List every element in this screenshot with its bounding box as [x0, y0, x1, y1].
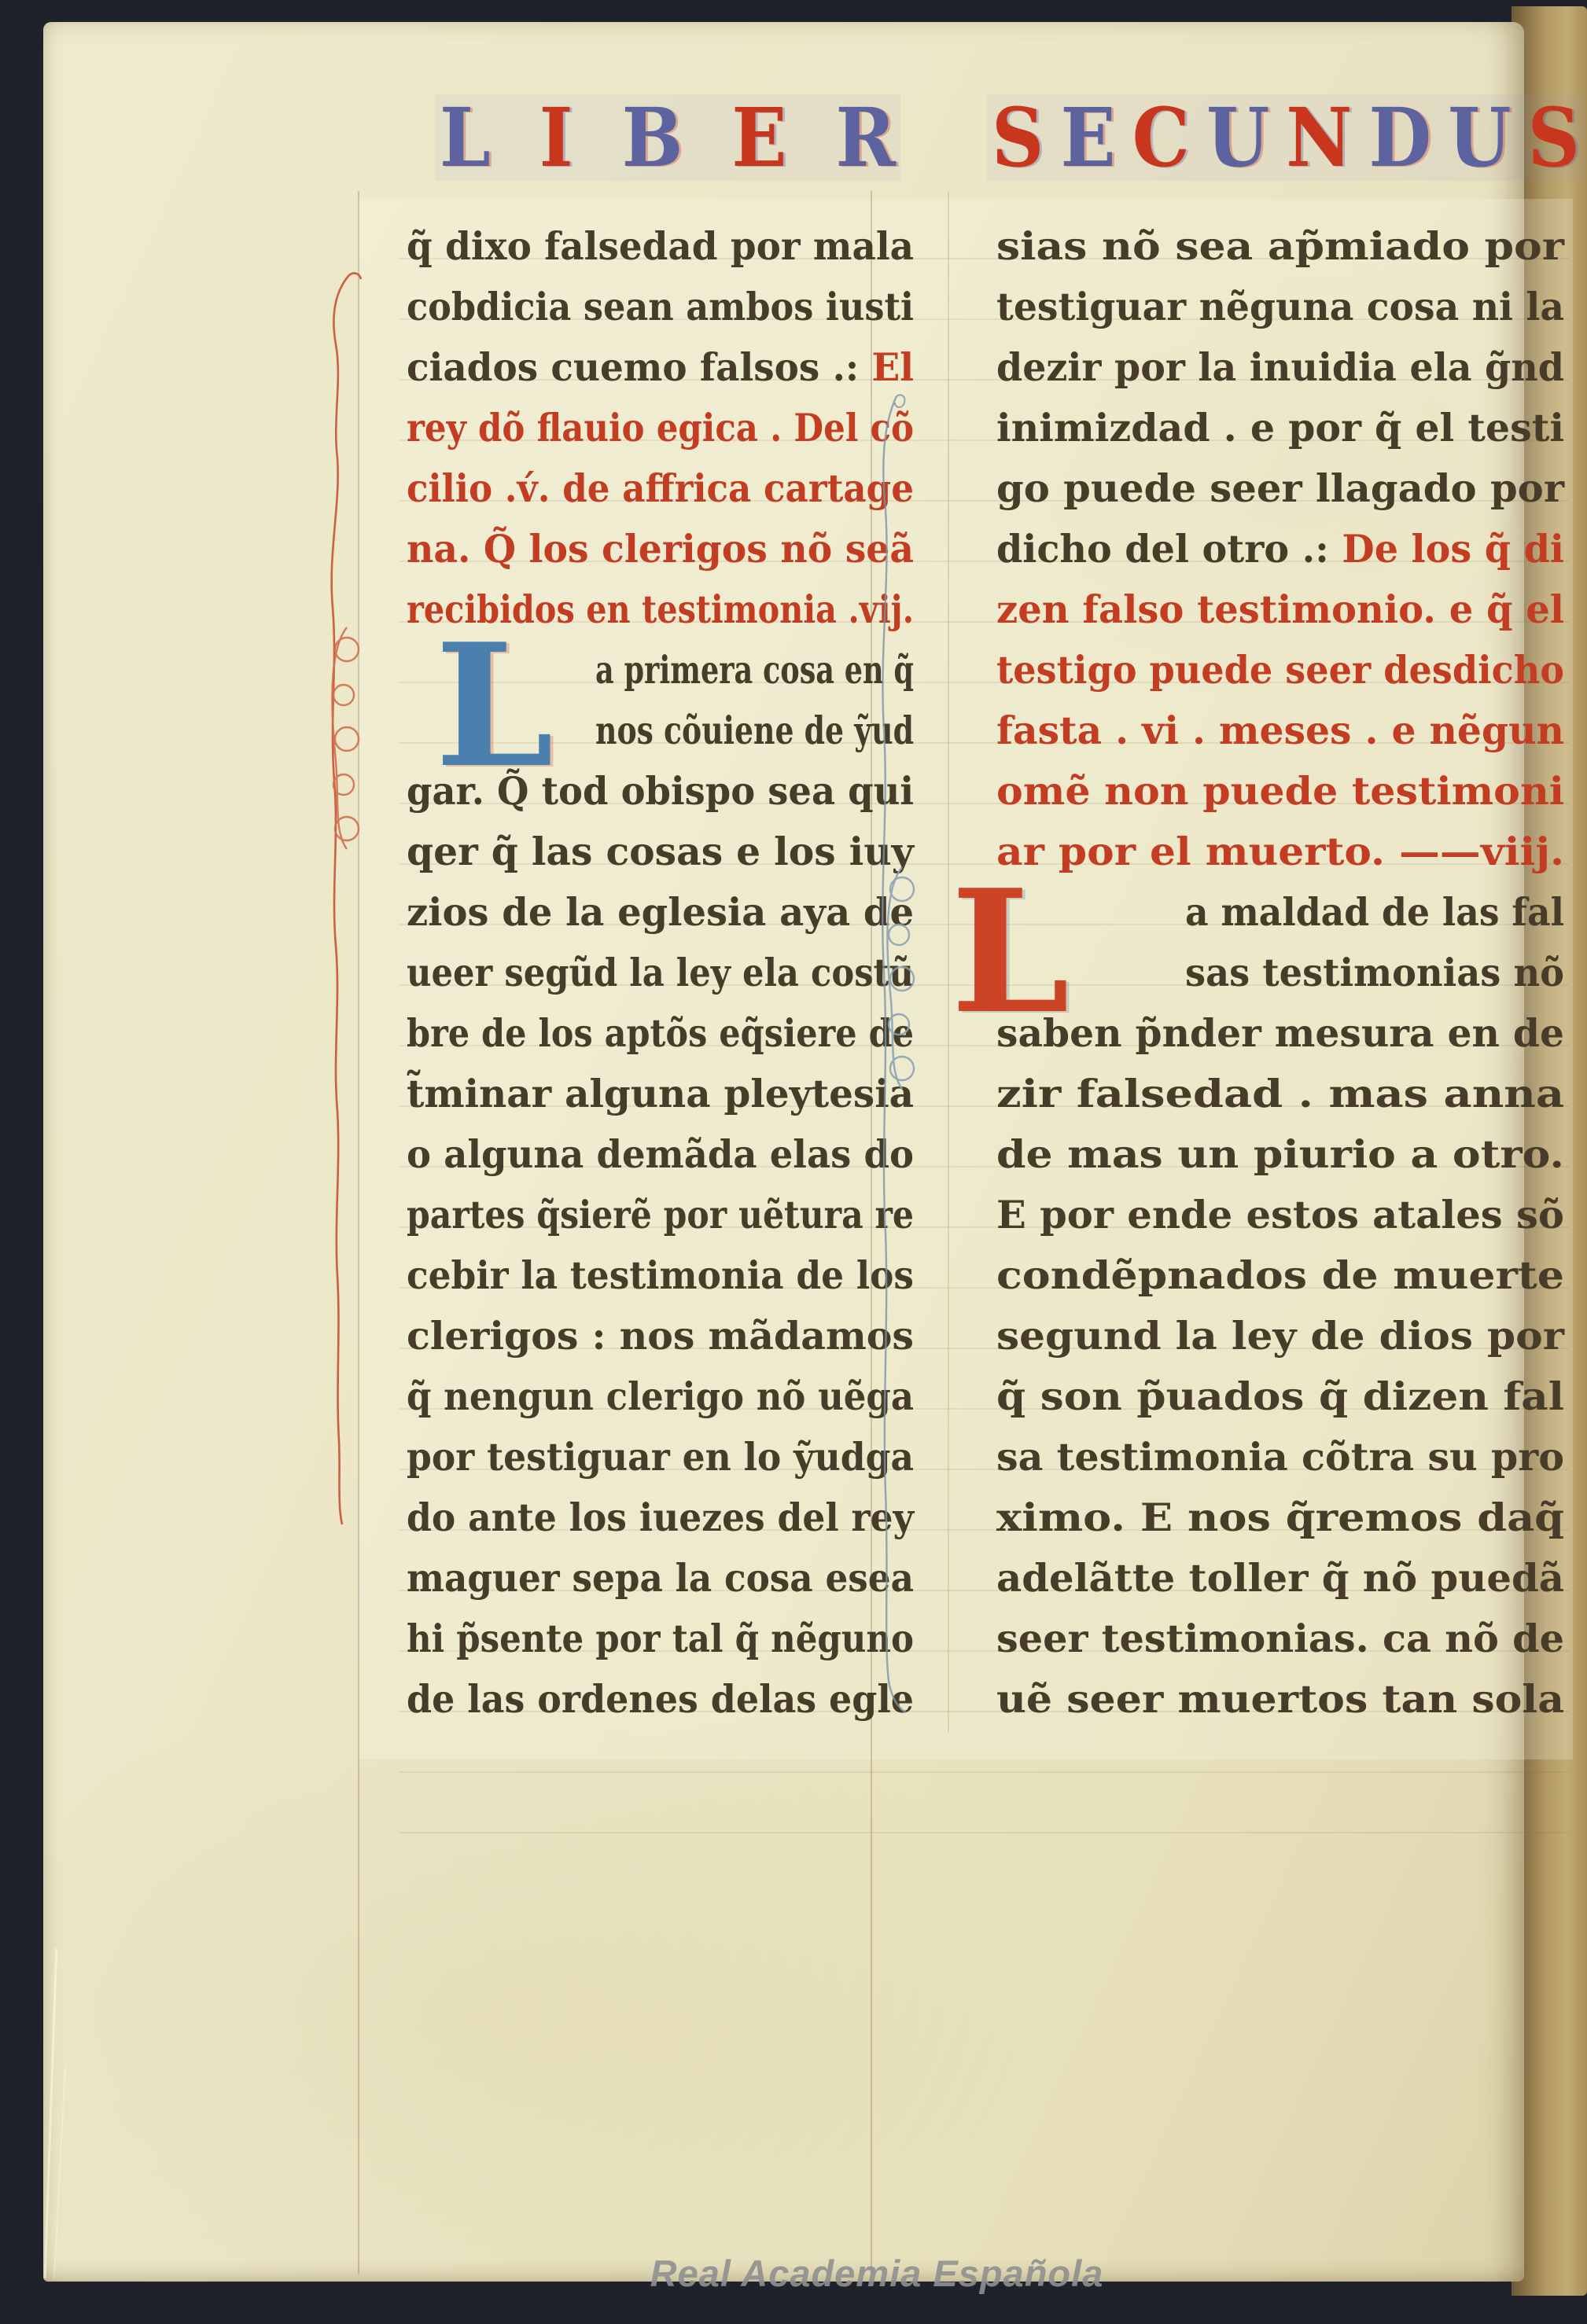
text-line: E por ende estos atales sõ — [996, 1185, 1564, 1245]
dropcap-left-penwork — [320, 620, 377, 855]
header-letter: C — [1132, 89, 1190, 186]
text-line: testiguar nẽguna cosa ni la — [996, 277, 1564, 337]
text-line: zios de la eglesia aya de — [407, 882, 914, 943]
body-text: ueer segũd la ley ela costũ — [407, 950, 914, 995]
body-text: zios de la eglesia aya de — [407, 889, 914, 935]
header-letter: B — [622, 89, 683, 186]
text-line: cobdicia sean ambos iusti — [407, 277, 914, 337]
body-text: zir falsedad . mas anna — [996, 1071, 1564, 1116]
manuscript-photo: LIBER SECUNDUS — [0, 0, 1587, 2324]
header-letter: I — [539, 89, 573, 186]
body-text: dicho del otro .: — [996, 526, 1342, 572]
text-line: bre de los aptõs eq̃siere de — [407, 1003, 914, 1064]
rubric-text: El — [871, 344, 914, 390]
body-text: partes q̃sierẽ por uẽtura re — [407, 1192, 914, 1237]
body-text: por testiguar en lo ỹudga — [407, 1434, 914, 1480]
text-line: qer q̃ las cosas e los iuy — [407, 822, 914, 882]
rubric-text: fasta . vi . meses . e nẽgun — [996, 708, 1564, 753]
rubric-text: cilio .v́. de affrica cartage — [407, 465, 914, 511]
rubric-text: omẽ non puede testimoni — [996, 768, 1564, 814]
column-left: q̃ dixo falsedad por malacobdicia sean a… — [407, 216, 914, 1730]
text-line: ueer segũd la ley ela costũ — [407, 943, 914, 1003]
body-text: cobdicia sean ambos iusti — [407, 284, 914, 329]
rubric-text: testigo puede seer desdicho — [996, 647, 1564, 693]
header-letter: E — [731, 89, 786, 186]
rubric-text: na. Q̃ los clerigos nõ seã — [407, 526, 914, 572]
header-letter: S — [1527, 89, 1579, 186]
text-line: ciados cuemo falsos .: El — [407, 337, 914, 398]
text-line: de las ordenes delas egle — [407, 1669, 914, 1730]
body-text: E por ende estos atales sõ — [996, 1192, 1564, 1237]
body-text: testiguar nẽguna cosa ni la — [996, 284, 1564, 329]
text-line: rey dõ flauio egica . Del cõ — [407, 398, 914, 458]
red-margin-flourish — [319, 270, 366, 1528]
text-line: sa testimonia cõtra su pro — [996, 1427, 1564, 1487]
body-text: hi p̃sente por tal q̃ nẽguno — [407, 1616, 914, 1661]
body-text: ciados cuemo falsos .: — [407, 344, 871, 390]
body-text: q̃ dixo falsedad por mala — [407, 223, 914, 269]
rubric-text: ar por el muerto. ——viij. — [996, 829, 1564, 874]
header-letter: U — [1448, 89, 1511, 186]
parchment-page: LIBER SECUNDUS — [43, 22, 1524, 2282]
body-text: sa testimonia cõtra su pro — [996, 1434, 1564, 1480]
body-text: bre de los aptõs eq̃siere de — [407, 1010, 914, 1056]
text-line: zen falso testimonio. e q̃ el — [996, 579, 1564, 640]
body-text: adelãtte toller q̃ nõ puedã — [996, 1555, 1564, 1601]
text-line: ar por el muerto. ——viij. — [996, 822, 1564, 882]
body-text: inimizdad . e por q̃ el testi — [996, 405, 1564, 450]
body-text: t̃minar alguna pleytesia — [407, 1071, 914, 1116]
header-letter: R — [836, 89, 896, 186]
text-line: uẽ seer muertos tan sola — [996, 1669, 1564, 1730]
text-line: t̃minar alguna pleytesia — [407, 1064, 914, 1124]
text-line: de mas un piurio a otro. — [996, 1124, 1564, 1185]
text-line: q̃ dixo falsedad por mala — [407, 216, 914, 277]
text-line: adelãtte toller q̃ nõ puedã — [996, 1548, 1564, 1609]
text-line: go puede seer llagado por — [996, 458, 1564, 519]
body-text: clerigos : nos mãdamos — [407, 1313, 914, 1359]
text-line: seer testimonias. ca nõ de — [996, 1609, 1564, 1669]
text-line: segund la ley de dios por — [996, 1306, 1564, 1366]
body-text: saben p̃nder mesura en de — [996, 1010, 1564, 1056]
running-header-liber: LIBER — [435, 94, 900, 181]
watermark: Real Academia Española — [484, 2252, 1270, 2295]
text-line: hi p̃sente por tal q̃ nẽguno — [407, 1609, 914, 1669]
body-text: go puede seer llagado por — [996, 465, 1564, 511]
body-text: maguer sepa la cosa esea — [407, 1555, 914, 1601]
body-text: o alguna demãda elas do — [407, 1131, 914, 1177]
body-text: do ante los iuezes del rey — [407, 1495, 914, 1540]
text-line: do ante los iuezes del rey — [407, 1487, 914, 1548]
rubric-text: De los q̃ di — [1342, 526, 1564, 572]
rubric-text: zen falso testimonio. e q̃ el — [996, 587, 1564, 632]
header-letter: L — [440, 89, 491, 186]
text-line: a maldad de las fal — [996, 882, 1564, 943]
body-text: de mas un piurio a otro. — [996, 1131, 1564, 1177]
column-right: sias nõ sea ap̃miado portestiguar nẽguna… — [996, 216, 1564, 1730]
running-header-secundus: SECUNDUS — [987, 94, 1585, 181]
text-line: dicho del otro .: De los q̃ di — [996, 519, 1564, 579]
body-text: sias nõ sea ap̃miado por — [996, 223, 1564, 269]
header-letter: D — [1368, 89, 1431, 186]
body-text: ximo. E nos q̃remos daq̃ — [996, 1495, 1564, 1540]
text-line: maguer sepa la cosa esea — [407, 1548, 914, 1609]
text-line: inimizdad . e por q̃ el testi — [996, 398, 1564, 458]
page-edge-line — [53, 2066, 66, 2278]
text-line: omẽ non puede testimoni — [996, 761, 1564, 822]
illuminated-initial-L: L — [951, 871, 1070, 1032]
text-line: saben p̃nder mesura en de — [996, 1003, 1564, 1064]
text-line: q̃ son p̃uados q̃ dizen fal — [996, 1366, 1564, 1427]
text-line: sias nõ sea ap̃miado por — [996, 216, 1564, 277]
body-text: q̃ son p̃uados q̃ dizen fal — [996, 1373, 1564, 1419]
text-line: zir falsedad . mas anna — [996, 1064, 1564, 1124]
body-text: a maldad de las fal — [1185, 889, 1564, 935]
text-line: o alguna demãda elas do — [407, 1124, 914, 1185]
body-text: dezir por la inuidia ela g̃nd — [996, 344, 1564, 390]
body-text: seer testimonias. ca nõ de — [996, 1616, 1564, 1661]
text-line: por testiguar en lo ỹudga — [407, 1427, 914, 1487]
header-letter: N — [1286, 89, 1352, 186]
text-line: cilio .v́. de affrica cartage — [407, 458, 914, 519]
header-letter: U — [1206, 89, 1269, 186]
text-line: testigo puede seer desdicho — [996, 640, 1564, 701]
text-line: condẽpnados de muerte — [996, 1245, 1564, 1306]
body-text: de las ordenes delas egle — [407, 1676, 914, 1722]
rubric-text: rey dõ flauio egica . Del cõ — [407, 405, 914, 450]
body-text: uẽ seer muertos tan sola — [996, 1676, 1564, 1722]
body-text: segund la ley de dios por — [996, 1313, 1564, 1359]
text-line: q̃ nengun clerigo nõ uẽga — [407, 1366, 914, 1427]
vertical-rule-right — [948, 191, 949, 1732]
header-letter: E — [1061, 89, 1116, 186]
text-line: fasta . vi . meses . e nẽgun — [996, 701, 1564, 761]
body-text: q̃ nengun clerigo nõ uẽga — [407, 1373, 914, 1419]
text-line: ximo. E nos q̃remos daq̃ — [996, 1487, 1564, 1548]
text-line: na. Q̃ los clerigos nõ seã — [407, 519, 914, 579]
body-text: sas testimonias nõ — [1185, 950, 1564, 995]
text-line: partes q̃sierẽ por uẽtura re — [407, 1185, 914, 1245]
dropcap-right-penwork — [875, 859, 932, 1095]
header-letter: S — [992, 89, 1044, 186]
text-line: dezir por la inuidia ela g̃nd — [996, 337, 1564, 398]
text-line: sas testimonias nõ — [996, 943, 1564, 1003]
illuminated-initial-L: L — [435, 625, 554, 786]
text-line: clerigos : nos mãdamos — [407, 1306, 914, 1366]
text-line: cebir la testimonia de los — [407, 1245, 914, 1306]
body-text: cebir la testimonia de los — [407, 1252, 914, 1298]
body-text: condẽpnados de muerte — [996, 1252, 1564, 1298]
body-text: qer q̃ las cosas e los iuy — [407, 829, 914, 874]
